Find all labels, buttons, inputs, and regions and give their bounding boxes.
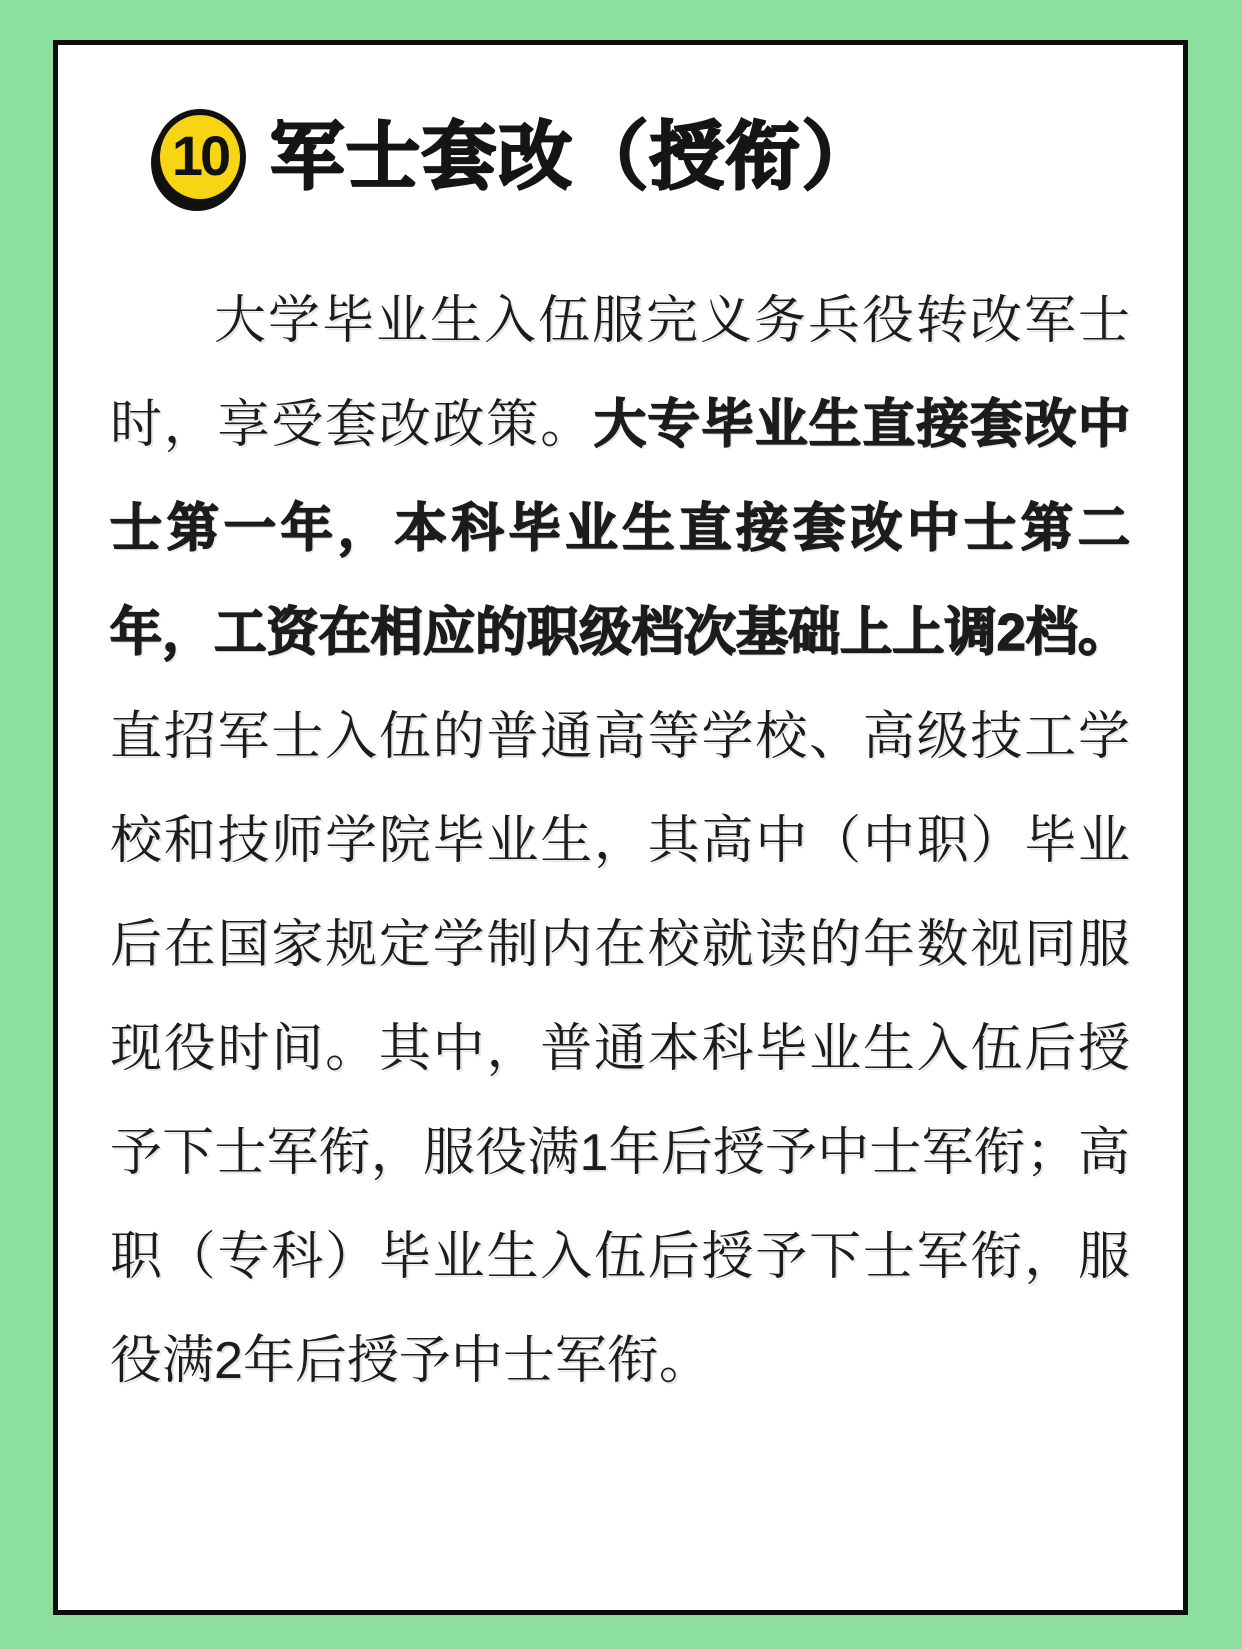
number-10-badge-icon: 10 <box>154 109 246 205</box>
page-background: { "colors": { "background_green": "#8CDF… <box>0 0 1242 1649</box>
section-title: 10 军士套改（授衔） <box>154 109 1131 205</box>
body-paragraph: 大学毕业生入伍服完义务兵役转改军士时，享受套改政策。大专毕业生直接套改中士第一年… <box>110 269 1130 1413</box>
paragraph-segment-normal-2: 直招军士入伍的普通高等学校、高级技工学校和技师学院毕业生，其高中（中职）毕业后在… <box>110 708 1130 1390</box>
page-title: 军士套改（授衔） <box>270 120 878 194</box>
content-card: 10 军士套改（授衔） 大学毕业生入伍服完义务兵役转改军士时，享受套改政策。大专… <box>53 40 1188 1615</box>
badge-number: 10 <box>172 128 228 184</box>
